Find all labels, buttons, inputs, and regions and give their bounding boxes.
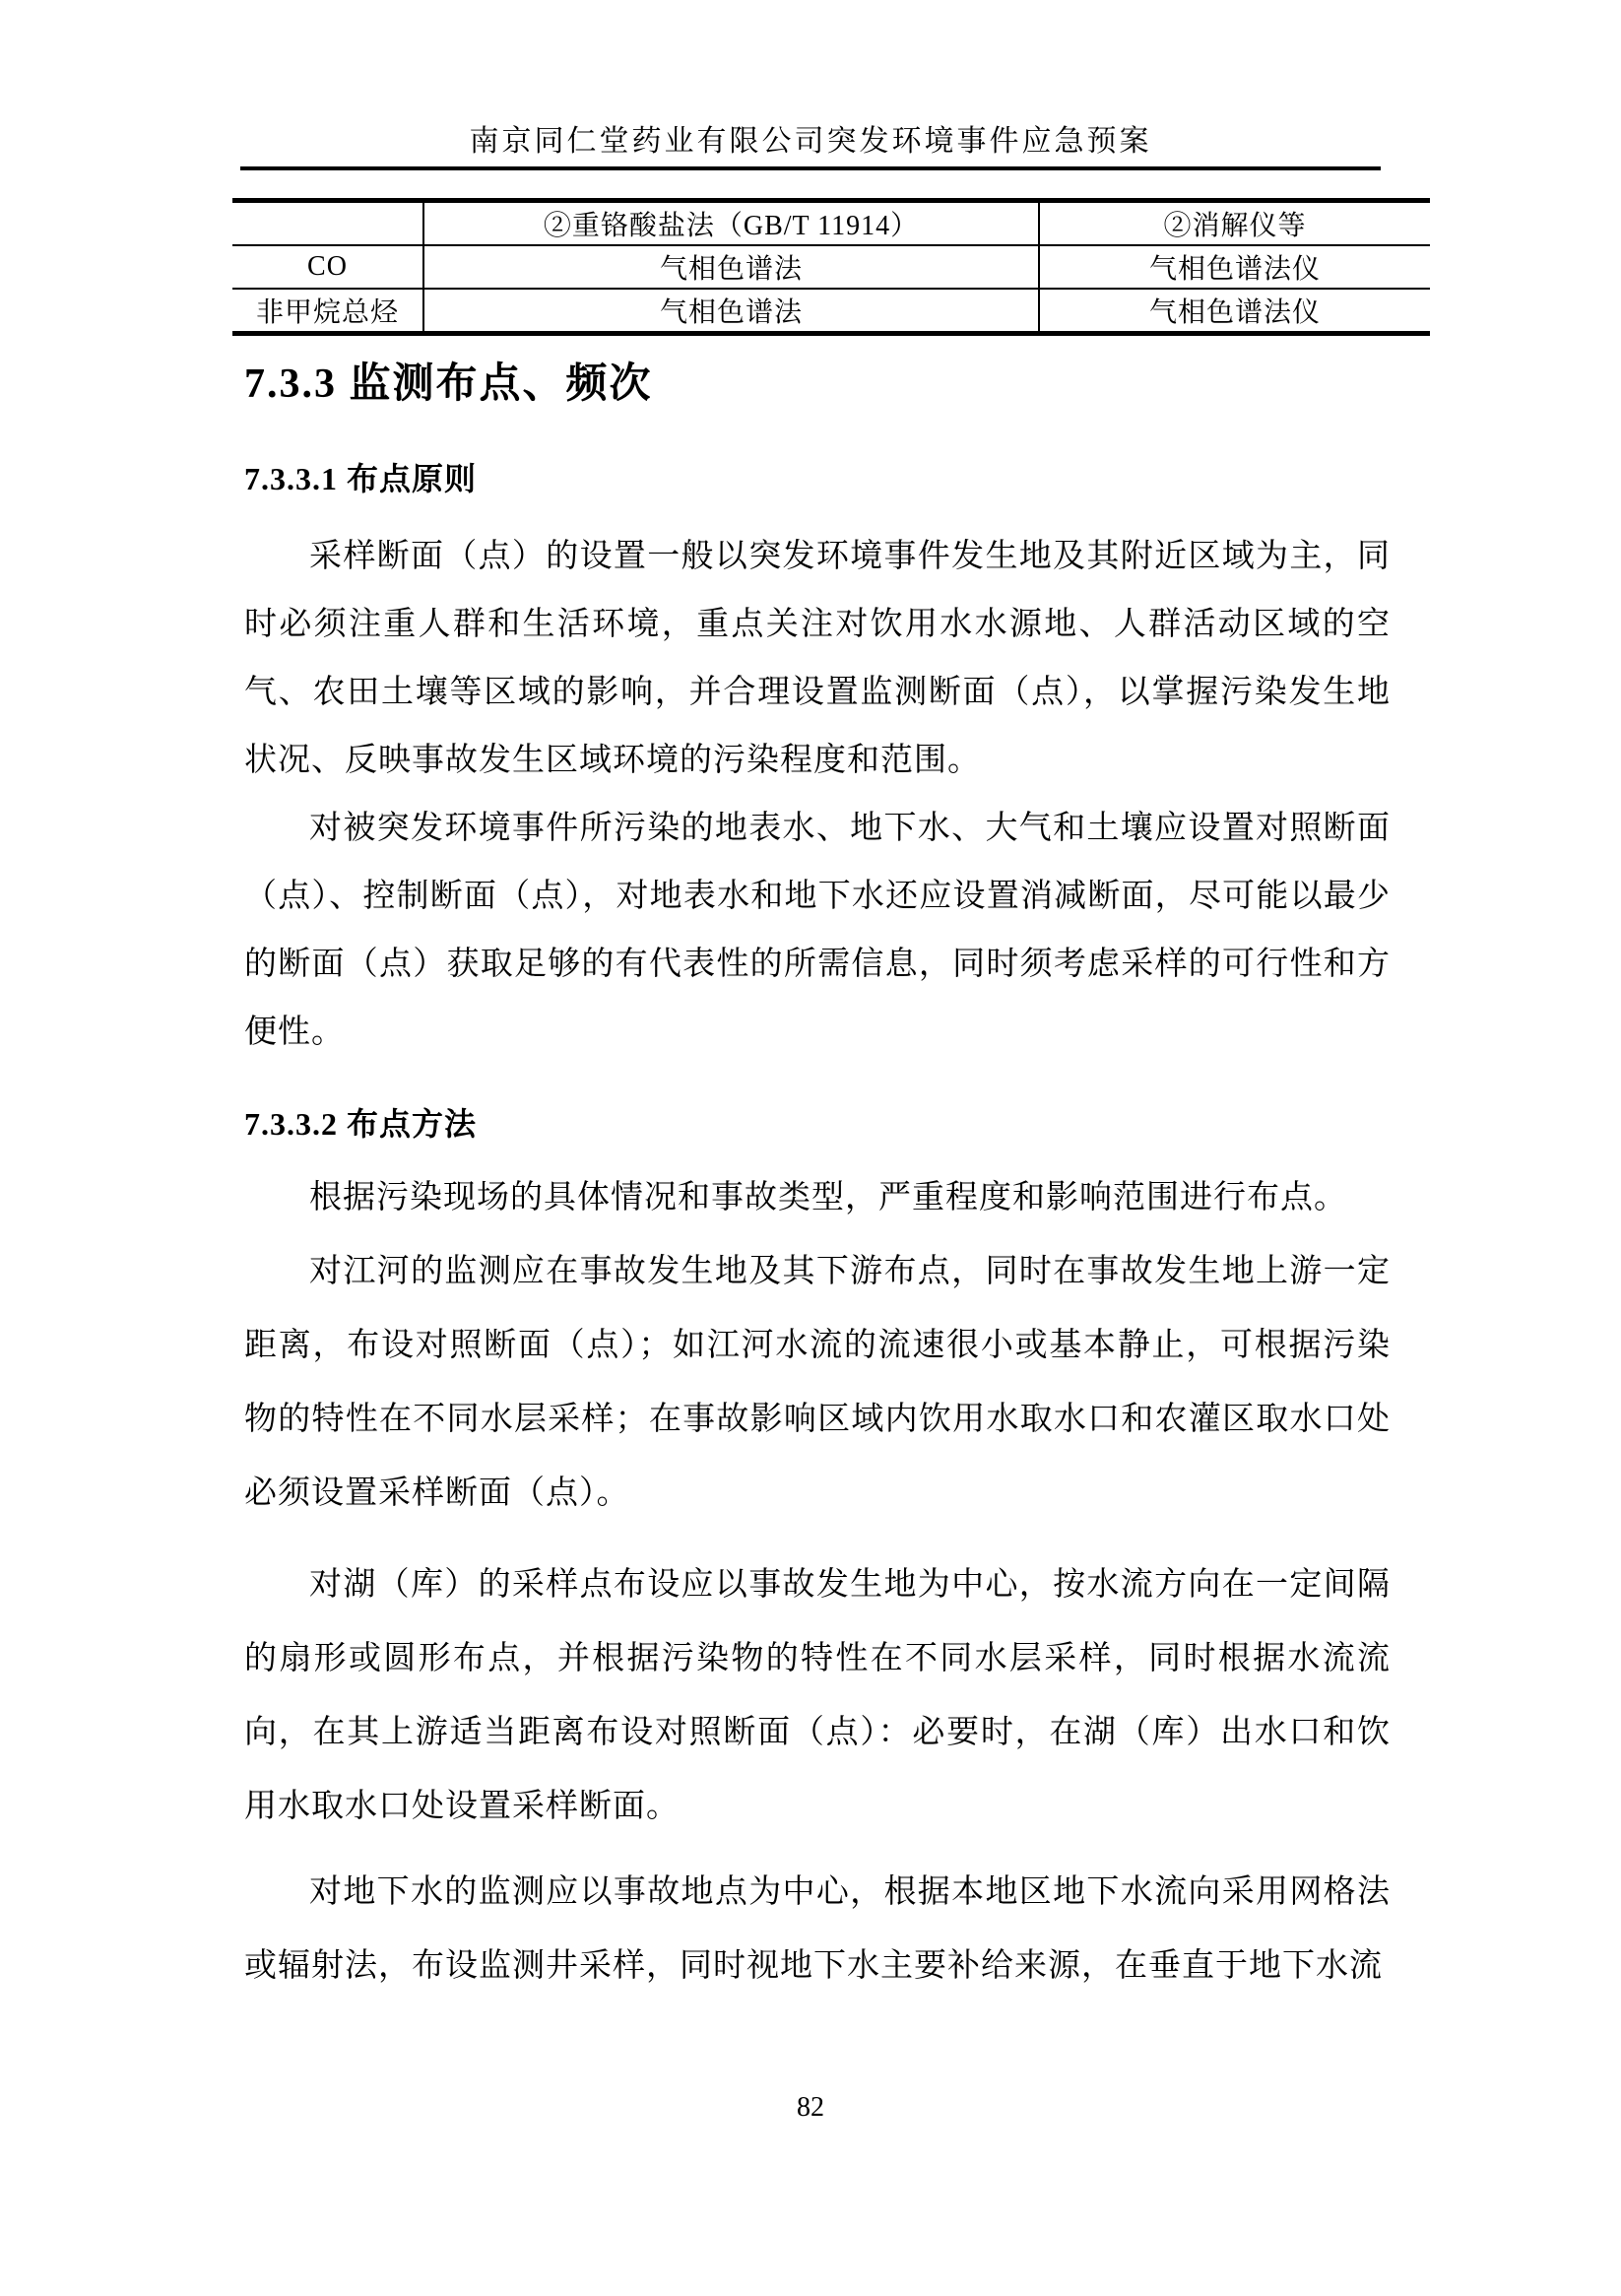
cell-method: 气相色谱法 (423, 245, 1039, 289)
body-text-block-3: 对湖（库）的采样点布设应以事故发生地为中心，按水流方向在一定间隔的扇形或圆形布点… (244, 1548, 1391, 1844)
cell-instrument: 气相色谱法仪 (1039, 245, 1430, 289)
body-text-block-2: 根据污染现场的具体情况和事故类型，严重程度和影响范围进行布点。 对江河的监测应在… (244, 1161, 1391, 1531)
paragraph-sampling-sections: 采样断面（点）的设置一般以突发环境事件发生地及其附近区域为主，同时必须注重人群和… (244, 523, 1391, 795)
table-row: ②重铬酸盐法（GB/T 11914） ②消解仪等 (232, 201, 1430, 246)
document-page: 南京同仁堂药业有限公司突发环境事件应急预案 ②重铬酸盐法（GB/T 11914）… (0, 0, 1621, 2296)
paragraph-lake-monitoring: 对湖（库）的采样点布设应以事故发生地为中心，按水流方向在一定间隔的扇形或圆形布点… (244, 1548, 1391, 1844)
body-text-block-1: 采样断面（点）的设置一般以突发环境事件发生地及其附近区域为主，同时必须注重人群和… (244, 523, 1391, 1067)
monitoring-methods-table: ②重铬酸盐法（GB/T 11914） ②消解仪等 CO 气相色谱法 气相色谱法仪… (232, 198, 1430, 336)
cell-pollutant (232, 201, 423, 246)
paragraph-river-monitoring: 对江河的监测应在事故发生地及其下游布点，同时在事故发生地上游一定距离，布设对照断… (244, 1235, 1391, 1531)
cell-instrument: 气相色谱法仪 (1039, 289, 1430, 334)
cell-pollutant: 非甲烷总烃 (232, 289, 423, 334)
table-row: 非甲烷总烃 气相色谱法 气相色谱法仪 (232, 289, 1430, 334)
page-header-title: 南京同仁堂药业有限公司突发环境事件应急预案 (0, 116, 1621, 160)
header-rule (240, 166, 1381, 170)
section-heading-7-3-3-1: 7.3.3.1 布点原则 (244, 454, 477, 499)
body-text-block-4: 对地下水的监测应以事故地点为中心，根据本地区地下水流向采用网格法或辐射法，布设监… (244, 1856, 1391, 2003)
page-number: 82 (0, 2092, 1621, 2124)
paragraph-site-conditions: 根据污染现场的具体情况和事故类型，严重程度和影响范围进行布点。 (244, 1161, 1391, 1235)
cell-instrument: ②消解仪等 (1039, 201, 1430, 246)
cell-pollutant: CO (232, 245, 423, 289)
table-row: CO 气相色谱法 气相色谱法仪 (232, 245, 1430, 289)
section-heading-7-3-3: 7.3.3 监测布点、频次 (244, 351, 653, 410)
cell-method: 气相色谱法 (423, 289, 1039, 334)
paragraph-control-sections: 对被突发环境事件所污染的地表水、地下水、大气和土壤应设置对照断面（点）、控制断面… (244, 795, 1391, 1067)
section-heading-7-3-3-2: 7.3.3.2 布点方法 (244, 1099, 477, 1145)
cell-method: ②重铬酸盐法（GB/T 11914） (423, 201, 1039, 246)
paragraph-groundwater-monitoring: 对地下水的监测应以事故地点为中心，根据本地区地下水流向采用网格法或辐射法，布设监… (244, 1856, 1391, 2003)
